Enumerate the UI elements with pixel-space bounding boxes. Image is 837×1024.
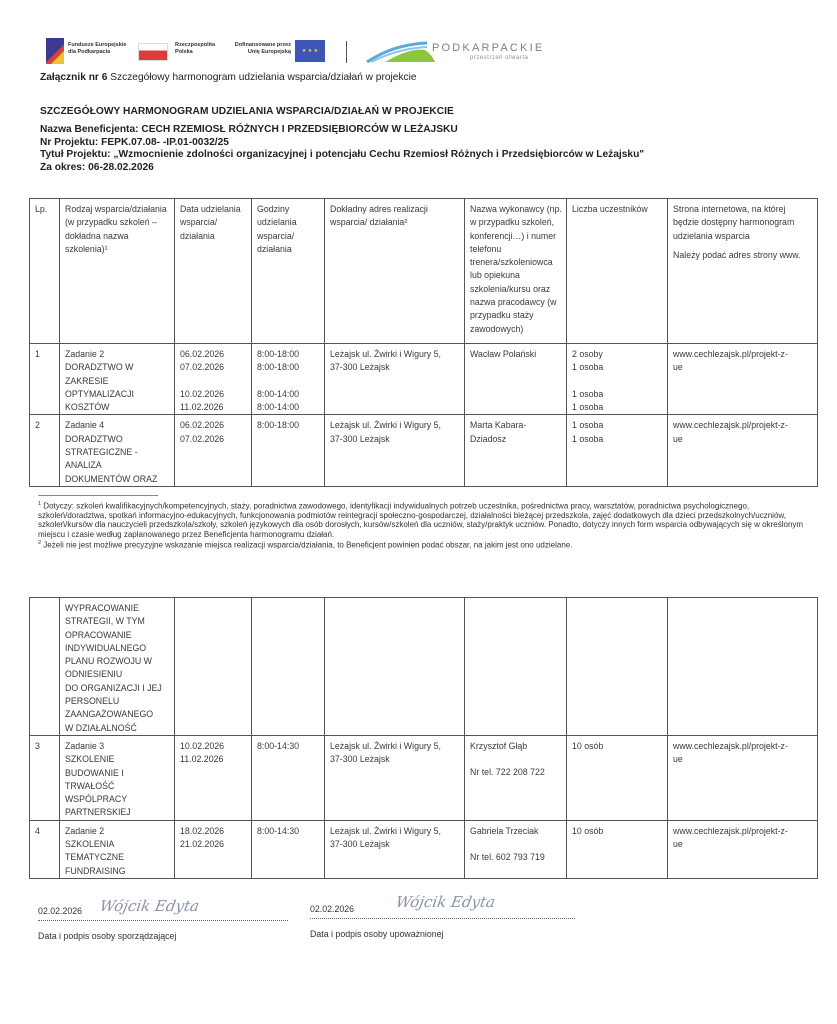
footnote-2: 2 Jeżeli nie jest możliwe precyzyjne wsk… [38, 539, 818, 550]
cell-contractor-line: Dziadosz [470, 433, 562, 446]
table-row: WYPRACOWANIESTRATEGII, W TYMOPRACOWANIEI… [30, 598, 818, 736]
cell-type-line: OPTYMALIZACJI [65, 388, 170, 401]
cell-dates: 18.02.202621.02.2026 [175, 820, 252, 878]
cell-dates-line: 06.02.2026 [180, 419, 247, 432]
cell-contractor-line: Marta Kabara- [470, 419, 562, 432]
cell-dates-line: 21.02.2026 [180, 838, 247, 851]
cell-lp-line: 2 [35, 419, 55, 432]
cell-type-line: WSPÓLPRACY [65, 793, 170, 806]
eu-flag-icon: ★ ★ ★ [295, 40, 325, 62]
cell-address: Leżajsk ul. Żwirki i Wigury 5,37-300 Leż… [325, 820, 465, 878]
cell-type-line: DOKUMENTÓW ORAZ [65, 473, 170, 486]
cell-address-line: 37-300 Leżajsk [330, 433, 460, 446]
header-website-text: Strona internetowa, na której będzie dos… [673, 203, 813, 243]
schedule-table-page1: Lp. Rodzaj wsparcia/działania (w przypad… [29, 198, 818, 487]
cell-dates-line: 10.02.2026 [180, 740, 247, 753]
cell-dates [175, 598, 252, 736]
cell-dates-line: 07.02.2026 [180, 361, 247, 374]
cell-address-line: Leżajsk ul. Żwirki i Wigury 5, [330, 825, 460, 838]
fe-logo-text: Fundusze Europejskie dla Podkarpacia [68, 42, 126, 56]
cell-type-line: Zadanie 3 [65, 740, 170, 753]
cell-contractor: Wacław Polański [465, 344, 567, 415]
cell-website-line: www.cechlezajsk.pl/projekt-z- [673, 740, 813, 753]
fe-line2: dla Podkarpacia [68, 49, 126, 56]
signature-1-line [38, 920, 288, 921]
cell-hours-line: 8:00-14:30 [257, 825, 320, 838]
cell-type-line: WYPRACOWANIE [65, 602, 170, 615]
cell-type-line: SZKOLENIE [65, 753, 170, 766]
signature-1-label: Data i podpis osoby sporządzającej [38, 931, 176, 941]
cell-address-line: Leżajsk ul. Żwirki i Wigury 5, [330, 348, 460, 361]
cell-type-line: DORADZTWO W [65, 361, 170, 374]
fundusze-europejskie-logo-icon [46, 38, 64, 64]
cell-type-line: PLANU ROZWOJU W [65, 655, 170, 668]
cell-address-line: Leżajsk ul. Żwirki i Wigury 5, [330, 740, 460, 753]
cell-address: Leżajsk ul. Żwirki i Wigury 5,37-300 Leż… [325, 344, 465, 415]
cell-website-line: ue [673, 753, 813, 766]
cell-dates-line: 11.02.2026 [180, 401, 247, 414]
cell-address: Leżajsk ul. Żwirki i Wigury 5,37-300 Leż… [325, 735, 465, 820]
cell-type: WYPRACOWANIESTRATEGII, W TYMOPRACOWANIEI… [60, 598, 175, 736]
signature-2-line [310, 918, 575, 919]
cell-address [325, 598, 465, 736]
cell-contractor-line [470, 838, 562, 851]
footnote-rule [38, 495, 158, 496]
pl-line2: Polska [175, 49, 215, 56]
header-contractor: Nazwa wykonawcy (np. w przypadku szkoleń… [465, 199, 567, 344]
cell-website: www.cechlezajsk.pl/projekt-z-ue [668, 820, 818, 878]
cell-website-line: www.cechlezajsk.pl/projekt-z- [673, 825, 813, 838]
cell-dates-line: 06.02.2026 [180, 348, 247, 361]
cell-participants-line: 1 osoba [572, 388, 663, 401]
attachment-number: Załącznik nr 6 [40, 72, 107, 83]
cell-lp-line: 3 [35, 740, 55, 753]
cell-hours-line: 8:00-18:00 [257, 419, 320, 432]
reporting-period: Za okres: 06-28.02.2026 [40, 162, 644, 175]
cell-contractor: Marta Kabara-Dziadosz [465, 415, 567, 486]
document-title: SZCZEGÓŁOWY HARMONOGRAM UDZIELANIA WSPAR… [40, 106, 454, 117]
cell-website-line: ue [673, 361, 813, 374]
cell-participants-line: 1 osoba [572, 419, 663, 432]
signature-1-handwriting: Wójcik Edyta [98, 897, 200, 915]
cell-lp: 3 [30, 735, 60, 820]
cell-contractor [465, 598, 567, 736]
header-type: Rodzaj wsparcia/działania (w przypadku s… [60, 199, 175, 344]
project-meta: Nazwa Beneficjenta: CECH RZEMIOSŁ RÓŻNYC… [40, 124, 644, 174]
pl-logo-text: Rzeczpospolita Polska [175, 42, 215, 56]
cell-participants: 10 osób [567, 820, 668, 878]
cell-lp [30, 598, 60, 736]
table-row: 2Zadanie 4DORADZTWOSTRATEGICZNE -ANALIZA… [30, 415, 818, 486]
signature-2-label: Data i podpis osoby upoważnionej [310, 929, 444, 939]
eu-logo-text: Dofinansowane przez Unię Europejską [233, 42, 291, 56]
cell-type-line: DO ORGANIZACJI I JEJ [65, 682, 170, 695]
cell-type-line: FUNDRAISING [65, 865, 170, 878]
signature-2-handwriting: Wójcik Edyta [394, 893, 496, 911]
cell-type-line: W DZIAŁALNOŚĆ [65, 722, 170, 735]
eu-line2: Unię Europejską [233, 49, 291, 56]
cell-website [668, 598, 818, 736]
cell-hours-line: 8:00-14:00 [257, 401, 320, 414]
cell-type-line: STRATEGII, W TYM [65, 615, 170, 628]
header-address: Dokładny adres realizacji wsparcia/ dzia… [325, 199, 465, 344]
cell-dates-line: 07.02.2026 [180, 433, 247, 446]
cell-hours-line: 8:00-14:00 [257, 388, 320, 401]
cell-type-line: ZAANGAŻOWANEGO [65, 708, 170, 721]
cell-address-line: 37-300 Leżajsk [330, 753, 460, 766]
cell-participants-line: 1 osoba [572, 361, 663, 374]
cell-type-line: KOSZTÓW [65, 401, 170, 414]
cell-dates: 06.02.202607.02.2026 [175, 415, 252, 486]
cell-lp-line: 4 [35, 825, 55, 838]
cell-lp-line: 1 [35, 348, 55, 361]
cell-dates-line: 18.02.2026 [180, 825, 247, 838]
attachment-heading: Załącznik nr 6 Szczegółowy harmonogram u… [40, 72, 417, 83]
cell-hours-line: 8:00-18:00 [257, 348, 320, 361]
cell-type-line: STRATEGICZNE - [65, 446, 170, 459]
cell-hours: 8:00-18:00 [252, 415, 325, 486]
eu-line1: Dofinansowane przez [233, 42, 291, 49]
cell-participants: 1 osoba1 osoba [567, 415, 668, 486]
cell-type-line: INDYWIDUALNEGO [65, 642, 170, 655]
cell-contractor: Krzysztof GłąbNr tel. 722 208 722 [465, 735, 567, 820]
signature-2-date: 02.02.2026 [310, 904, 354, 914]
cell-hours-line: 8:00-18:00 [257, 361, 320, 374]
footnote-1-text: Dotyczy: szkoleń kwalifikacyjnych/kompet… [38, 502, 803, 539]
cell-website: www.cechlezajsk.pl/projekt-z-ue [668, 344, 818, 415]
eu-stars: ★ ★ ★ [302, 48, 318, 54]
cell-contractor-line [470, 753, 562, 766]
cell-type-line: ODNIESIENIU [65, 668, 170, 681]
cell-participants-line: 1 osoba [572, 401, 663, 414]
cell-type: Zadanie 4DORADZTWOSTRATEGICZNE -ANALIZAD… [60, 415, 175, 486]
logo-divider [346, 41, 347, 63]
cell-type-line: SZKOLENIA [65, 838, 170, 851]
cell-contractor-line: Nr tel. 722 208 722 [470, 766, 562, 779]
cell-address-line: Leżajsk ul. Żwirki i Wigury 5, [330, 419, 460, 432]
cell-address-line: 37-300 Leżajsk [330, 361, 460, 374]
cell-lp: 4 [30, 820, 60, 878]
cell-type-line: ZAKRESIE [65, 375, 170, 388]
attachment-text: Szczegółowy harmonogram udzielania wspar… [107, 72, 416, 83]
cell-contractor-line: Krzysztof Głąb [470, 740, 562, 753]
cell-lp: 2 [30, 415, 60, 486]
header-lp: Lp. [30, 199, 60, 344]
cell-dates: 06.02.202607.02.202610.02.202611.02.2026 [175, 344, 252, 415]
cell-hours: 8:00-18:008:00-18:008:00-14:008:00-14:00 [252, 344, 325, 415]
project-number: Nr Projektu: FEPK.07.08- -IP.01-0032/25 [40, 137, 644, 150]
cell-website-line: www.cechlezajsk.pl/projekt-z- [673, 348, 813, 361]
cell-participants: 10 osób [567, 735, 668, 820]
cell-participants-line: 10 osób [572, 825, 663, 838]
cell-type-line: DORADZTWO [65, 433, 170, 446]
footnote-2-text: Jeżeli nie jest możliwe precyzyjne wskaz… [43, 541, 572, 550]
header-participants: Liczba uczestników [567, 199, 668, 344]
cell-participants-line [572, 375, 663, 388]
footnotes: 1 Dotyczy: szkoleń kwalifikacyjnych/komp… [38, 500, 818, 550]
header-website-note: Należy podać adres strony www. [673, 249, 813, 262]
footnote-1: 1 Dotyczy: szkoleń kwalifikacyjnych/komp… [38, 500, 818, 539]
cell-hours: 8:00-14:30 [252, 735, 325, 820]
cell-website-line: ue [673, 838, 813, 851]
table-row: 3Zadanie 3SZKOLENIEBUDOWANIE ITRWAŁOŚĆWS… [30, 735, 818, 820]
cell-dates: 10.02.202611.02.2026 [175, 735, 252, 820]
podkarpackie-title: PODKARPACKIE [432, 42, 544, 54]
table-header-row: Lp. Rodzaj wsparcia/działania (w przypad… [30, 199, 818, 344]
cell-dates-line [180, 375, 247, 388]
pl-line1: Rzeczpospolita [175, 42, 215, 49]
beneficiary-name: Nazwa Beneficjenta: CECH RZEMIOSŁ RÓŻNYC… [40, 124, 644, 137]
cell-participants-line: 2 osoby [572, 348, 663, 361]
cell-type-line: TEMATYCZNE [65, 851, 170, 864]
cell-type-line: TRWAŁOŚĆ [65, 780, 170, 793]
cell-contractor-line: Nr tel. 602 793 719 [470, 851, 562, 864]
table-row: 4Zadanie 2SZKOLENIATEMATYCZNEFUNDRAISING… [30, 820, 818, 878]
cell-type: Zadanie 3SZKOLENIEBUDOWANIE ITRWAŁOŚĆWSP… [60, 735, 175, 820]
cell-type-line: OPRACOWANIE [65, 629, 170, 642]
cell-type-line: Zadanie 2 [65, 348, 170, 361]
cell-website-line: www.cechlezajsk.pl/projekt-z- [673, 419, 813, 432]
cell-dates-line: 10.02.2026 [180, 388, 247, 401]
cell-hours [252, 598, 325, 736]
header-date: Data udzielania wsparcia/ działania [175, 199, 252, 344]
cell-dates-line: 11.02.2026 [180, 753, 247, 766]
cell-participants-line: 10 osób [572, 740, 663, 753]
cell-type: Zadanie 2SZKOLENIATEMATYCZNEFUNDRAISING [60, 820, 175, 878]
cell-type-line: BUDOWANIE I [65, 767, 170, 780]
cell-type: Zadanie 2DORADZTWO WZAKRESIEOPTYMALIZACJ… [60, 344, 175, 415]
table-row: 1Zadanie 2DORADZTWO WZAKRESIEOPTYMALIZAC… [30, 344, 818, 415]
cell-address: Leżajsk ul. Żwirki i Wigury 5,37-300 Leż… [325, 415, 465, 486]
signature-1-date: 02.02.2026 [38, 906, 82, 916]
polish-flag-icon [138, 43, 168, 61]
cell-hours-line [257, 375, 320, 388]
cell-type-line: Zadanie 2 [65, 825, 170, 838]
cell-address-line: 37-300 Leżajsk [330, 838, 460, 851]
cell-lp: 1 [30, 344, 60, 415]
cell-contractor-line: Gabriela Trzeciak [470, 825, 562, 838]
cell-type-line: ANALIZA [65, 459, 170, 472]
fe-line1: Fundusze Europejskie [68, 42, 126, 49]
cell-hours-line: 8:00-14:30 [257, 740, 320, 753]
cell-participants-line: 1 osoba [572, 433, 663, 446]
cell-website: www.cechlezajsk.pl/projekt-z-ue [668, 415, 818, 486]
cell-participants: 2 osoby1 osoba1 osoba1 osoba [567, 344, 668, 415]
cell-contractor: Gabriela TrzeciakNr tel. 602 793 719 [465, 820, 567, 878]
project-title: Tytuł Projektu: „Wzmocnienie zdolności o… [40, 149, 644, 162]
cell-participants [567, 598, 668, 736]
cell-contractor-line: Wacław Polański [470, 348, 562, 361]
cell-type-line: PERSONELU [65, 695, 170, 708]
schedule-table-page2: WYPRACOWANIESTRATEGII, W TYMOPRACOWANIEI… [29, 597, 818, 879]
cell-website-line: ue [673, 433, 813, 446]
cell-type-line: Zadanie 4 [65, 419, 170, 432]
header-website: Strona internetowa, na której będzie dos… [668, 199, 818, 344]
cell-hours: 8:00-14:30 [252, 820, 325, 878]
cell-website: www.cechlezajsk.pl/projekt-z-ue [668, 735, 818, 820]
podkarpackie-subtitle: przestrzeń otwarta [470, 55, 528, 61]
header-hours: Godziny udzielania wsparcia/ działania [252, 199, 325, 344]
cell-type-line: PARTNERSKIEJ [65, 806, 170, 819]
